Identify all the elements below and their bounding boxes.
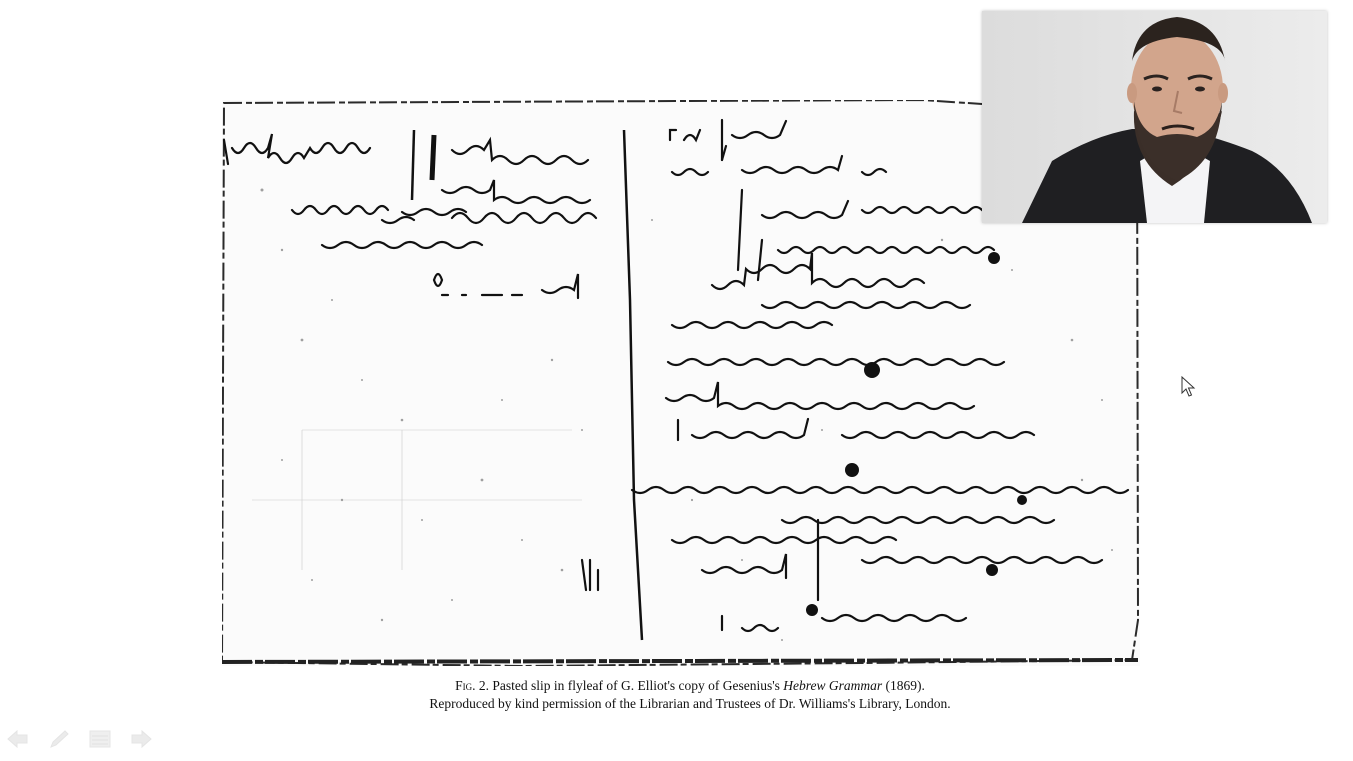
book-title: Hebrew Grammar (783, 678, 882, 693)
mouse-cursor-icon (1181, 376, 1197, 398)
caption-line-2: Reproduced by kind permission of the Lib… (300, 695, 1080, 713)
menu-icon (88, 728, 112, 750)
caption-text: Pasted slip in flyleaf of G. Elliot's co… (489, 678, 783, 693)
arrow-left-icon (6, 728, 30, 750)
slide-menu-button[interactable] (88, 728, 112, 750)
pen-tool-button[interactable] (47, 728, 71, 750)
pen-icon (47, 728, 71, 750)
caption-line-1: Fig. 2. Pasted slip in flyleaf of G. Ell… (300, 677, 1080, 695)
presenter-webcam-video (982, 11, 1327, 223)
figure-caption: Fig. 2. Pasted slip in flyleaf of G. Ell… (300, 677, 1080, 713)
presentation-controls (6, 727, 153, 751)
arrow-right-icon (129, 728, 153, 750)
figure-label: Fig. 2. (455, 678, 489, 693)
caption-year: (1869). (882, 678, 925, 693)
next-slide-button[interactable] (129, 728, 153, 750)
previous-slide-button[interactable] (6, 728, 30, 750)
